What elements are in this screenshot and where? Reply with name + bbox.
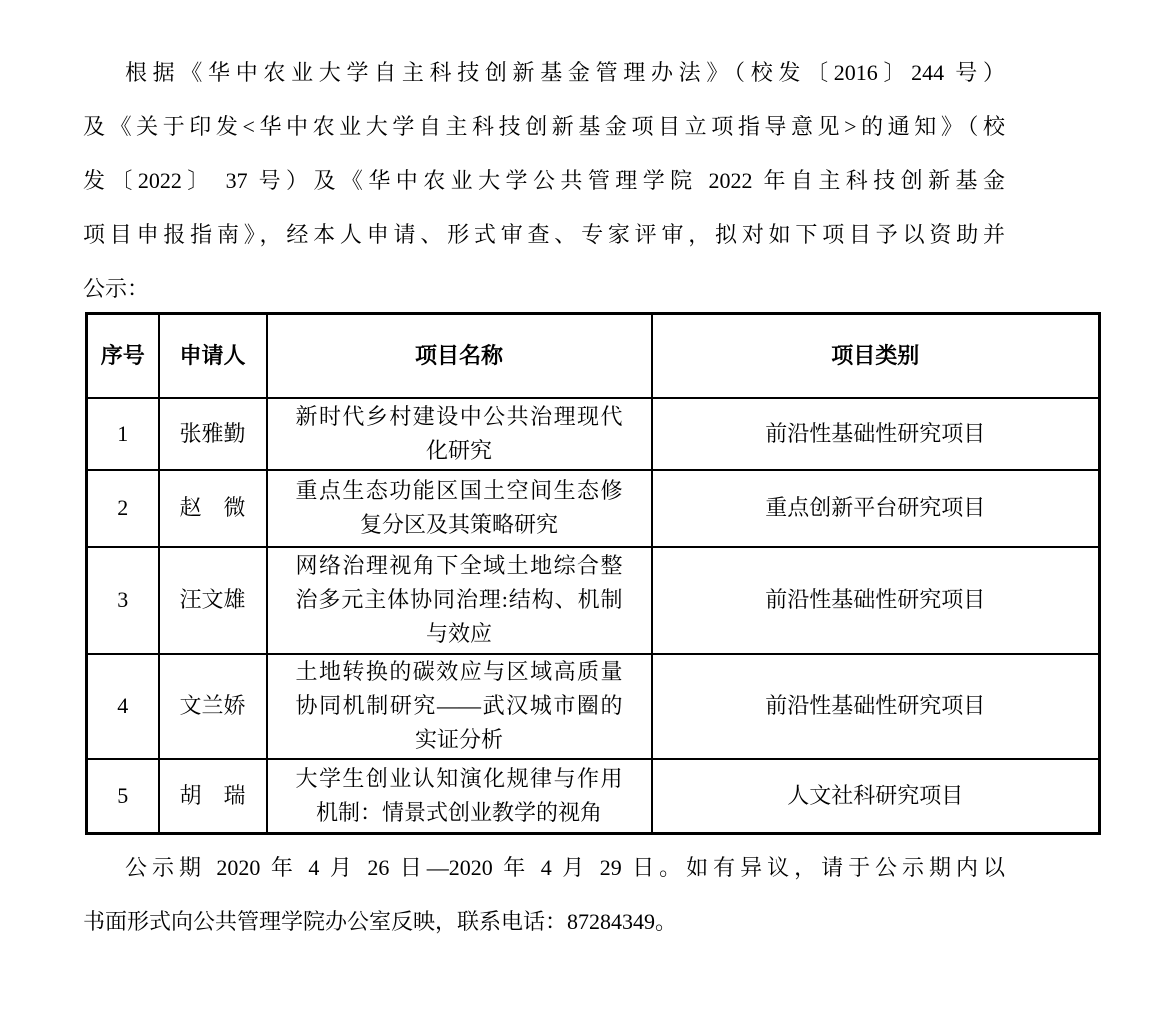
- table-row: 5 胡 瑞 大学生创业认知演化规律与作用机制：情景式创业教学的视角 人文社科研究…: [87, 759, 1100, 834]
- project-name-cell: 土地转换的碳效应与区域高质量协同机制研究——武汉城市圈的实证分析: [267, 654, 652, 759]
- col-header-applicant: 申请人: [159, 314, 267, 398]
- project-name-cell: 大学生创业认知演化规律与作用机制：情景式创业教学的视角: [267, 759, 652, 834]
- project-category-cell: 前沿性基础性研究项目: [652, 547, 1100, 654]
- table-row: 2 赵 微 重点生态功能区国土空间生态修复分区及其策略研究 重点创新平台研究项目: [87, 470, 1100, 547]
- intro-paragraph: 根据《华中农业大学自主科技创新基金管理办法》（校发〔2016〕244 号） 及《…: [83, 46, 1005, 316]
- serial-cell: 2: [87, 470, 159, 547]
- intro-line: 及《关于印发<华中农业大学自主科技创新基金项目立项指导意见>的通知》（校: [83, 100, 1005, 154]
- intro-line: 发〔2022〕 37 号）及《华中农业大学公共管理学院 2022 年自主科技创新…: [83, 154, 1005, 208]
- applicant-cell: 赵 微: [159, 470, 267, 547]
- serial-cell: 5: [87, 759, 159, 834]
- applicant-cell: 文兰娇: [159, 654, 267, 759]
- intro-line: 根据《华中农业大学自主科技创新基金管理办法》（校发〔2016〕244 号）: [83, 46, 1005, 100]
- footer-line: 书面形式向公共管理学院办公室反映，联系电话：87284349。: [83, 895, 1005, 949]
- col-header-project-name: 项目名称: [267, 314, 652, 398]
- footer-line: 公示期 2020 年 4 月 26 日—2020 年 4 月 29 日。如有异议…: [83, 841, 1005, 895]
- project-name-cell: 新时代乡村建设中公共治理现代化研究: [267, 398, 652, 470]
- publicity-period-paragraph: 公示期 2020 年 4 月 26 日—2020 年 4 月 29 日。如有异议…: [83, 841, 1005, 949]
- project-category-cell: 重点创新平台研究项目: [652, 470, 1100, 547]
- table-row: 4 文兰娇 土地转换的碳效应与区域高质量协同机制研究——武汉城市圈的实证分析 前…: [87, 654, 1100, 759]
- applicant-cell: 张雅勤: [159, 398, 267, 470]
- project-name-cell: 网络治理视角下全域土地综合整治多元主体协同治理:结构、机制与效应: [267, 547, 652, 654]
- col-header-project-category: 项目类别: [652, 314, 1100, 398]
- project-category-cell: 人文社科研究项目: [652, 759, 1100, 834]
- funded-projects-table: 序号 申请人 项目名称 项目类别 1 张雅勤 新时代乡村建设中公共治理现代化研究…: [85, 312, 1101, 835]
- project-category-cell: 前沿性基础性研究项目: [652, 398, 1100, 470]
- project-name-cell: 重点生态功能区国土空间生态修复分区及其策略研究: [267, 470, 652, 547]
- intro-line: 项目申报指南》，经本人申请、形式审查、专家评审，拟对如下项目予以资助并: [83, 208, 1005, 262]
- table-row: 1 张雅勤 新时代乡村建设中公共治理现代化研究 前沿性基础性研究项目: [87, 398, 1100, 470]
- serial-cell: 4: [87, 654, 159, 759]
- col-header-serial: 序号: [87, 314, 159, 398]
- table-header-row: 序号 申请人 项目名称 项目类别: [87, 314, 1100, 398]
- project-category-cell: 前沿性基础性研究项目: [652, 654, 1100, 759]
- table-row: 3 汪文雄 网络治理视角下全域土地综合整治多元主体协同治理:结构、机制与效应 前…: [87, 547, 1100, 654]
- applicant-cell: 汪文雄: [159, 547, 267, 654]
- applicant-cell: 胡 瑞: [159, 759, 267, 834]
- serial-cell: 3: [87, 547, 159, 654]
- serial-cell: 1: [87, 398, 159, 470]
- intro-line: 公示：: [83, 262, 1005, 316]
- document-page: 根据《华中农业大学自主科技创新基金管理办法》（校发〔2016〕244 号） 及《…: [0, 0, 1167, 1014]
